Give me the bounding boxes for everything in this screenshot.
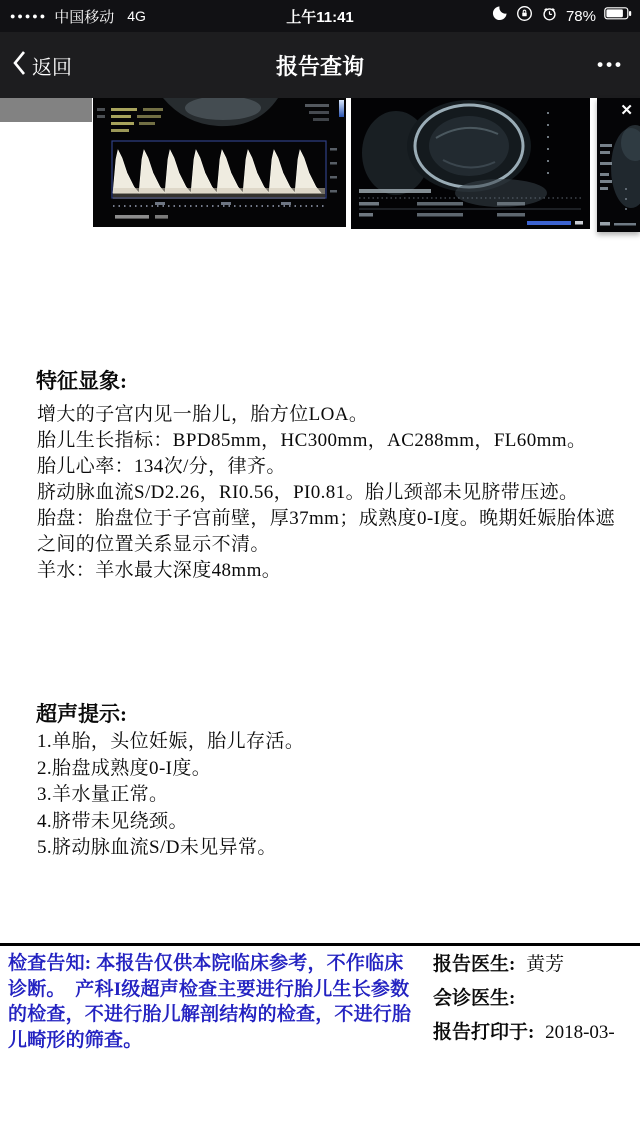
- findings-line: 之间的位置关系显示不清。: [37, 532, 640, 558]
- print-date-value: 2018-03-: [545, 1022, 615, 1043]
- impression-item: 2.胎盘成熟度0-I度。: [37, 756, 637, 783]
- report-doctor-label: 报告医生:: [433, 954, 515, 975]
- close-icon[interactable]: ✕: [620, 103, 633, 118]
- page-title: 报告查询: [0, 32, 640, 98]
- consult-doctor-label: 会诊医生:: [433, 988, 515, 1009]
- doppler-waveform-image: [93, 98, 346, 227]
- impression-item: 1.单胎，头位妊娠，胎儿存活。: [37, 729, 637, 756]
- partial-ultrasound-image: [597, 98, 640, 232]
- status-right: 78%: [491, 0, 632, 32]
- findings-section-title: 特征显象:: [36, 365, 127, 395]
- impression-list: 1.单胎，头位妊娠，胎儿存活。 2.胎盘成熟度0-I度。 3.羊水量正常。 4.…: [37, 729, 637, 862]
- impression-item: 4.脐带未见绕颈。: [37, 809, 637, 836]
- impression-section-title: 超声提示:: [36, 698, 127, 728]
- findings-line: 羊水：羊水最大深度48mm。: [37, 558, 640, 584]
- footer-divider: [0, 943, 640, 946]
- doctor-info: 报告医生: 黄芳 会诊医生: 报告打印于: 2018-03-: [433, 950, 640, 1052]
- orientation-lock-icon: [516, 5, 533, 27]
- ultrasound-thumbnail-partial[interactable]: ✕: [597, 98, 640, 232]
- print-date-row: 报告打印于: 2018-03-: [433, 1018, 640, 1052]
- ultrasound-thumbnail-fetal-head[interactable]: [351, 98, 590, 229]
- findings-line: 胎儿心率：134次/分，律齐。: [37, 454, 640, 480]
- report-query-screen: ●●●●● 中国移动 4G 上午11:41: [0, 0, 640, 1138]
- findings-line: 胎盘：胎盘位于子宫前壁，厚37mm；成熟度0-I度。晚期妊娠胎体遮: [37, 506, 640, 532]
- fetal-head-image: [351, 98, 590, 229]
- print-date-label: 报告打印于:: [433, 1022, 534, 1043]
- consult-doctor-row: 会诊医生:: [433, 984, 640, 1018]
- findings-line: 脐动脉血流S/D2.26，RI0.56，PI0.81。胎儿颈部未见脐带压迹。: [37, 480, 640, 506]
- findings-text: 增大的子宫内见一胎儿，胎方位LOA。 胎儿生长指标：BPD85mm，HC300m…: [37, 402, 640, 584]
- battery-percent-label: 78%: [566, 8, 596, 25]
- moon-icon: [491, 5, 508, 27]
- report-doctor-row: 报告医生: 黄芳: [433, 950, 640, 984]
- more-menu-button[interactable]: •••: [597, 32, 624, 98]
- report-doctor-value: 黄芳: [526, 954, 564, 975]
- status-bar: ●●●●● 中国移动 4G 上午11:41: [0, 0, 640, 32]
- findings-line: 胎儿生长指标：BPD85mm，HC300mm，AC288mm，FL60mm。: [37, 428, 640, 454]
- thumbnail-strip-spacer: [0, 98, 92, 122]
- battery-icon: [604, 7, 632, 25]
- impression-item: 3.羊水量正常。: [37, 782, 637, 809]
- exam-notice-text: 检查告知: 本报告仅供本院临床参考，不作临床诊断。 产科I级超声检查主要进行胎儿…: [8, 951, 416, 1053]
- findings-line: 增大的子宫内见一胎儿，胎方位LOA。: [37, 402, 640, 428]
- ultrasound-thumbnail-doppler[interactable]: [93, 98, 346, 227]
- nav-bar: 返回 报告查询 •••: [0, 32, 640, 98]
- impression-item: 5.脐动脉血流S/D未见异常。: [37, 835, 637, 862]
- alarm-icon: [541, 5, 558, 27]
